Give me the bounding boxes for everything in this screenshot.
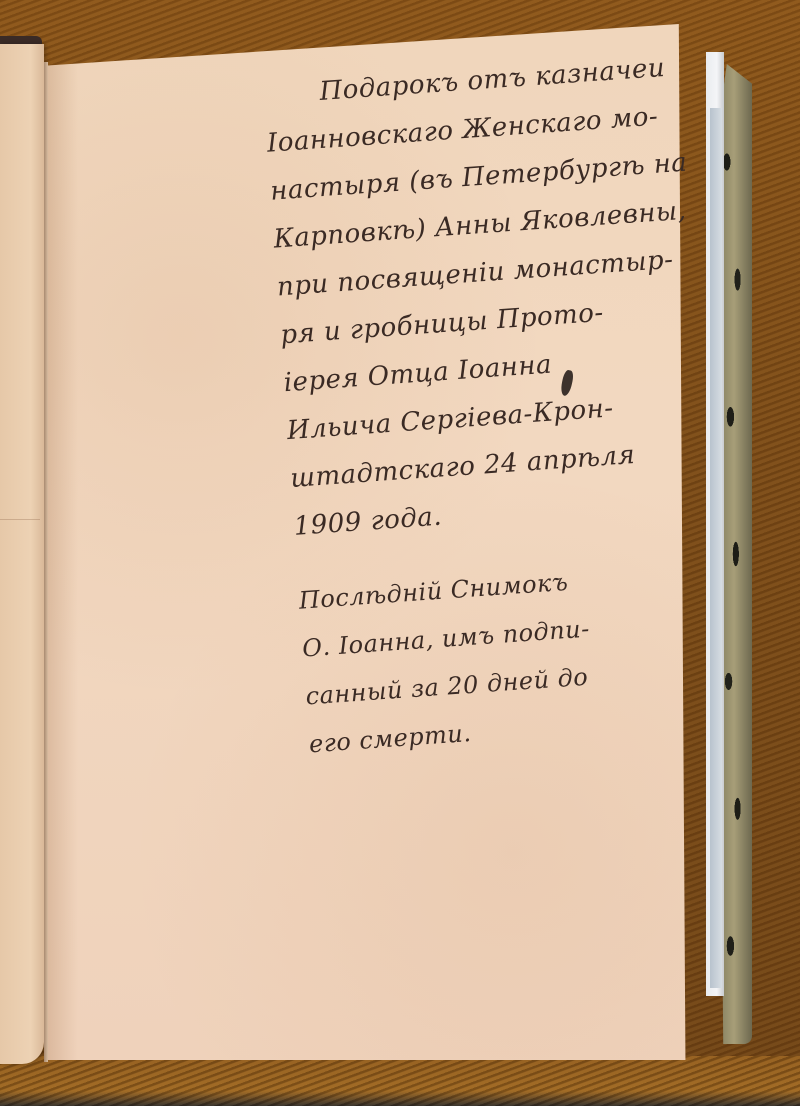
wooden-table-edge	[0, 1056, 800, 1106]
gutter-shadow	[48, 24, 78, 1060]
page-crease	[0, 519, 40, 520]
handwritten-inscription: Подарокъ отъ казначеи Іоанновскаго Женск…	[262, 41, 750, 768]
book-gutter	[44, 62, 48, 1062]
left-facing-page	[0, 44, 44, 1064]
